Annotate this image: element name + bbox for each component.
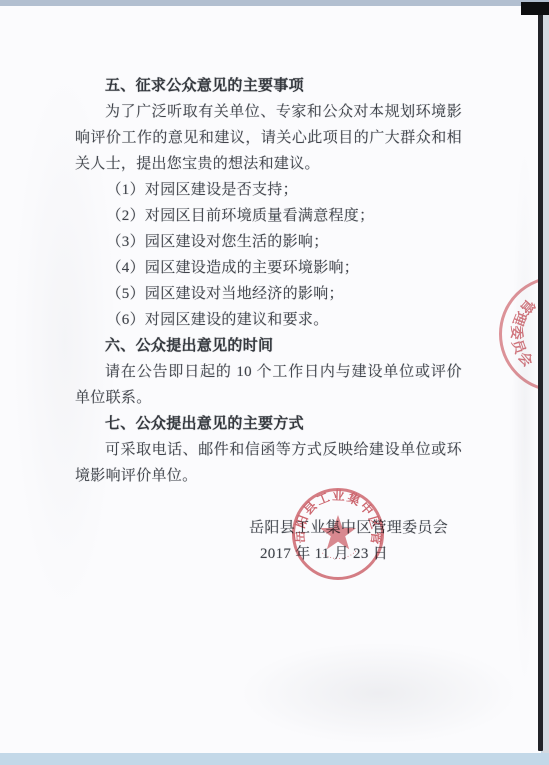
section-heading-5: 五、征求公众意见的主要事项 [75,73,462,99]
list-item-5: （5）园区建设对当地经济的影响； [75,281,462,307]
date-line: 2017 年 11 月 23 日 [75,541,462,567]
seal-code-marks: ············· [319,548,359,562]
partial-edge-seal: 管理委员会 [495,272,541,396]
page-edge-shadow [538,5,543,751]
edge-seal-text: 管理委员会 [508,296,538,372]
list-item-2: （2）对园区目前环境质量看满意程度； [75,203,462,229]
scan-right-sliver [542,6,549,753]
section-heading-7: 七、公众提出意见的主要方式 [75,411,462,437]
corner-black-mark [521,2,549,15]
paragraph-6: 请在公告即日起的 10 个工作日内与建设单位或评价单位联系。 [75,359,462,411]
paragraph-5: 为了广泛听取有关单位、专家和公众对本规划环境影响评价工作的意见和建议，请关心此项… [75,99,462,177]
official-seal: 岳阳县工业集中区管理委员会 ············· [289,485,387,585]
section-heading-6: 六、公众提出意见的时间 [75,333,462,359]
seal-star-icon [320,515,356,549]
list-item-1: （1）对园区建设是否支持； [75,177,462,203]
signature-line: 岳阳县工业集中区管理委员会 [75,515,462,541]
seal-code-holder: ············· [319,548,359,562]
paragraph-7: 可采取电话、邮件和信函等方式反映给建设单位或环境影响评价单位。 [75,437,462,489]
list-item-3: （3）园区建设对您生活的影响； [75,229,462,255]
scan-background: 五、征求公众意见的主要事项 为了广泛听取有关单位、专家和公众对本规划环境影响评价… [0,0,549,765]
list-item-6: （6）对园区建设的建议和要求。 [75,307,462,333]
document-page: 五、征求公众意见的主要事项 为了广泛听取有关单位、专家和公众对本规划环境影响评价… [0,6,541,753]
list-item-4: （4）园区建设造成的主要环境影响； [75,255,462,281]
document-text: 五、征求公众意见的主要事项 为了广泛听取有关单位、专家和公众对本规划环境影响评价… [75,73,462,567]
edge-seal-text-holder: 管理委员会 [508,296,538,372]
blank-line [75,489,462,515]
